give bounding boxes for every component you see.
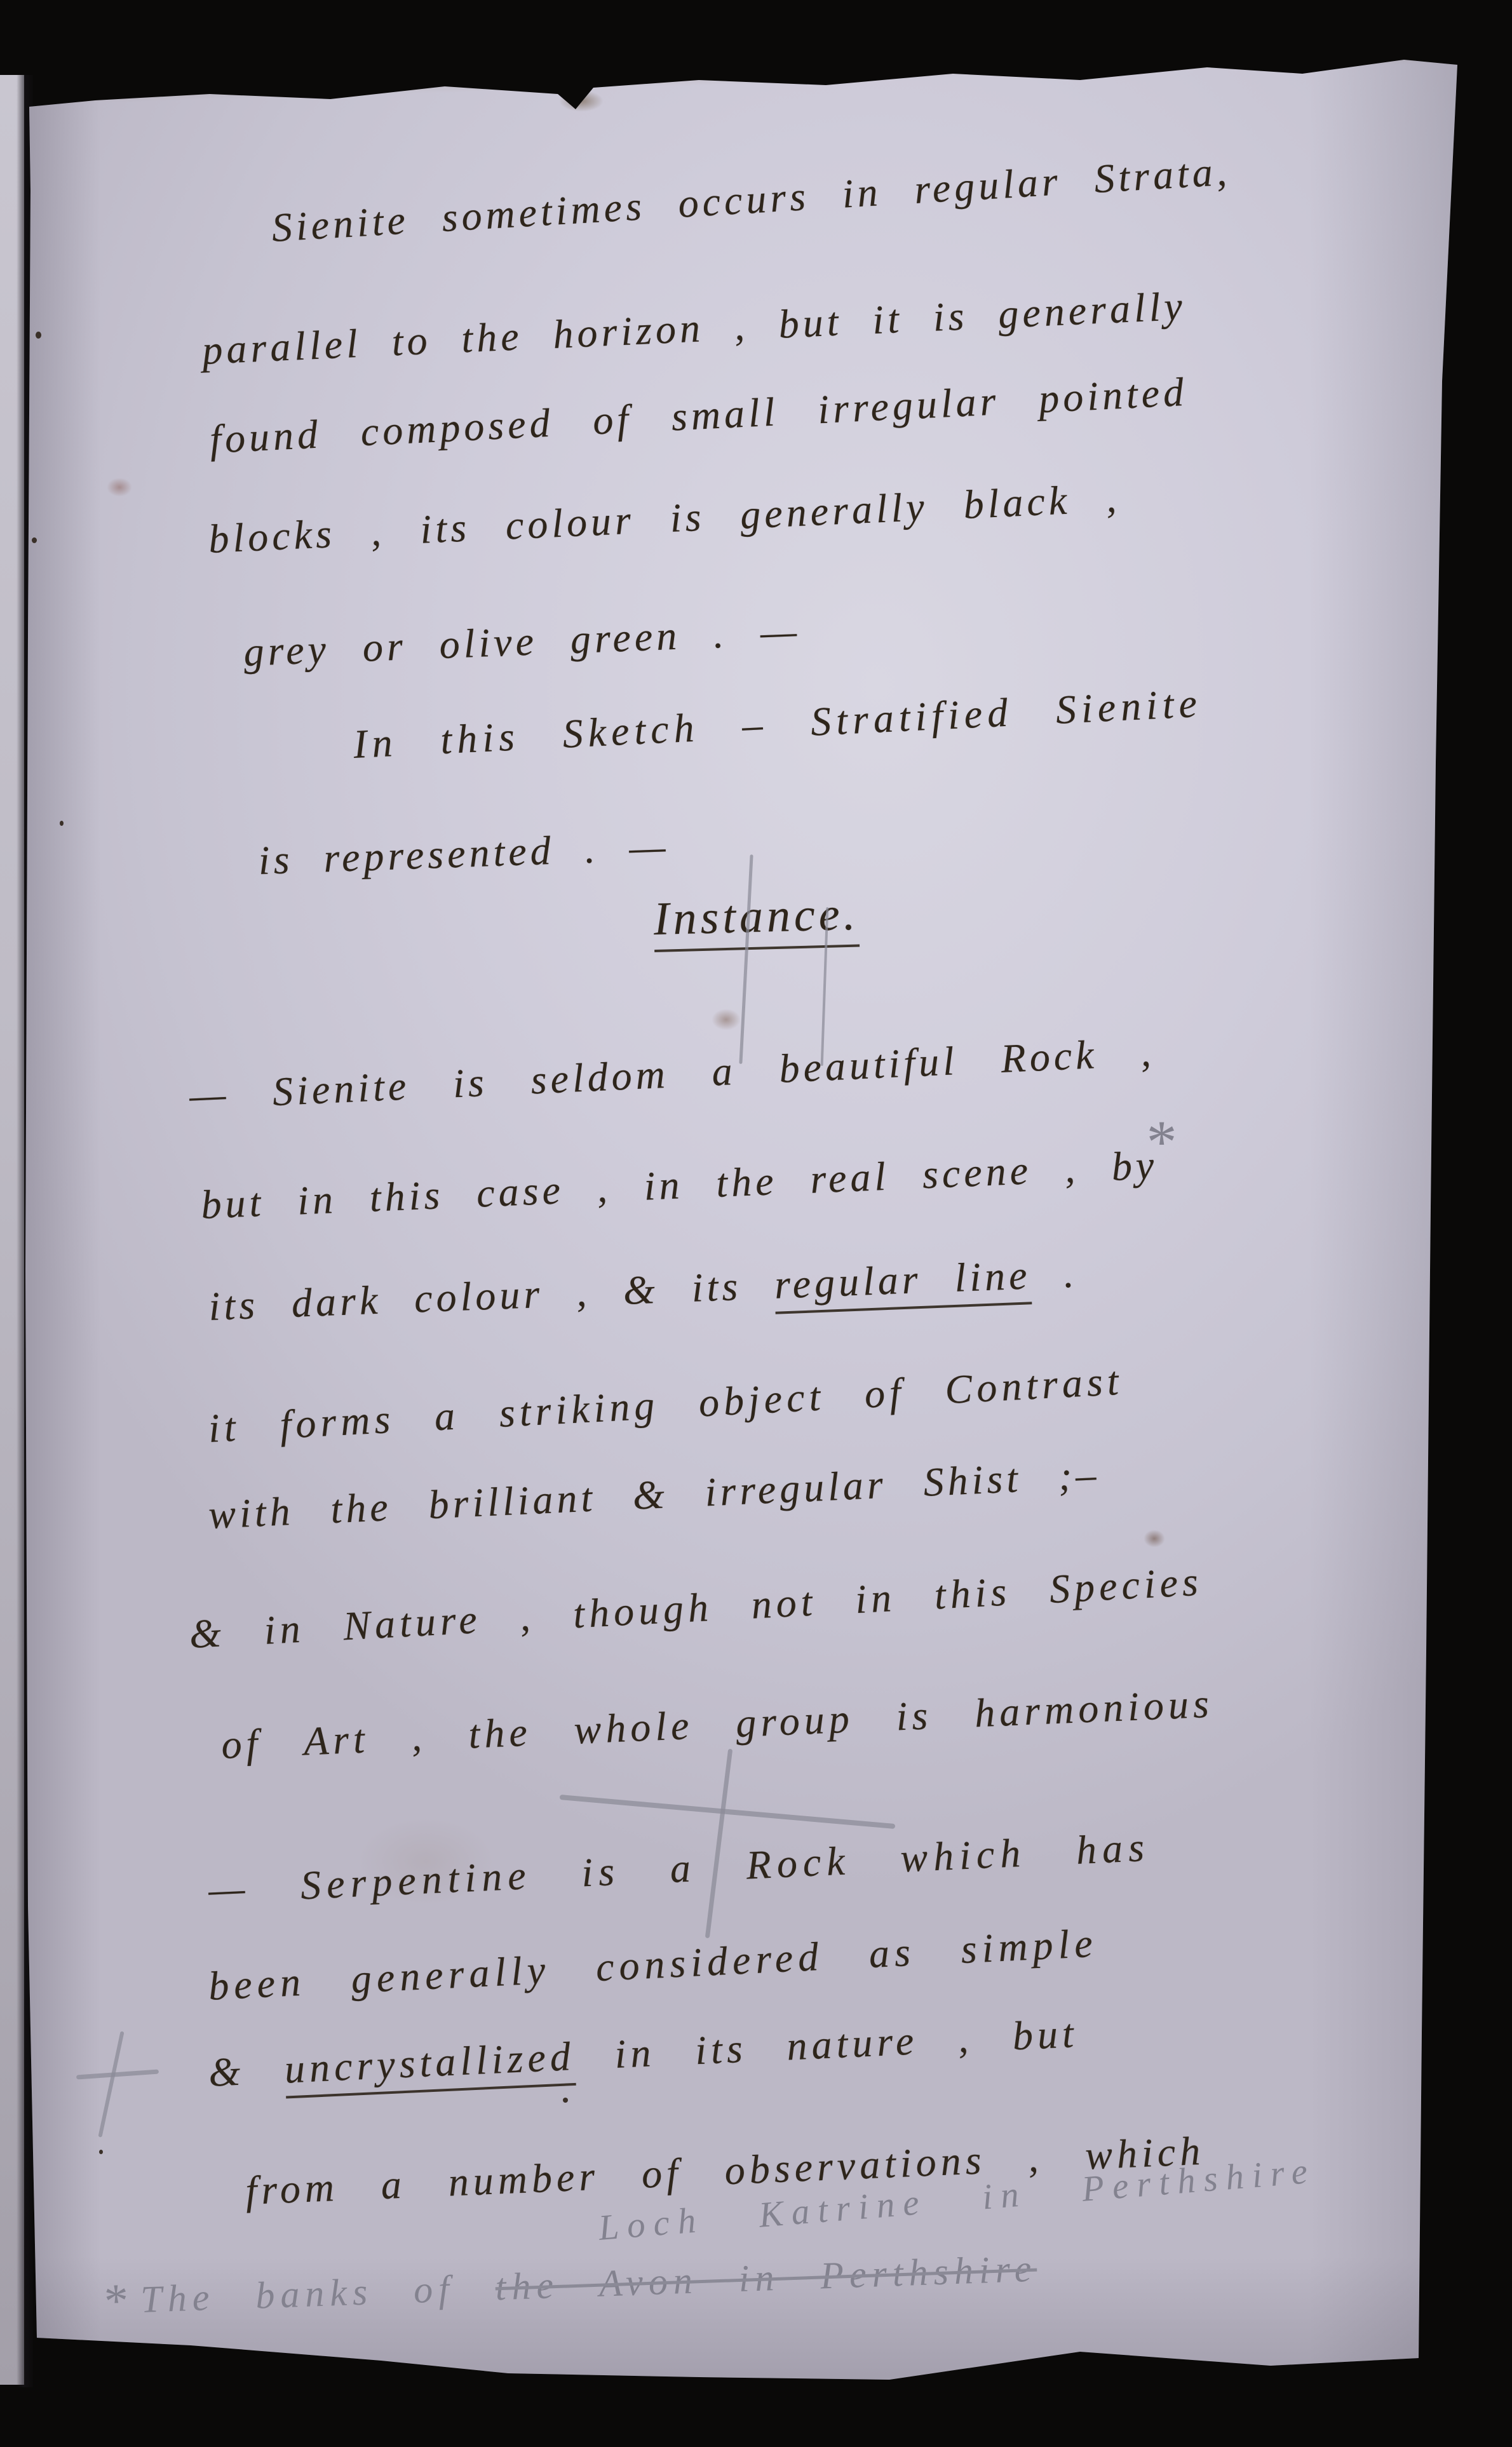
pencil-plus-mark bbox=[98, 2031, 124, 2138]
line-text: & bbox=[208, 2047, 286, 2095]
line-text: its dark colour , & its bbox=[208, 1262, 775, 1329]
paper-stain bbox=[559, 90, 604, 112]
underlined-phrase: uncrystallized bbox=[283, 2033, 576, 2099]
handwritten-line: is represented . — bbox=[257, 823, 670, 884]
ink-speck bbox=[60, 821, 64, 826]
pencil-cross-mark bbox=[560, 1795, 896, 1829]
paper-stain bbox=[1144, 1530, 1165, 1547]
handwritten-line: — Sienite is seldom a beautiful Rock , bbox=[189, 1028, 1156, 1119]
ink-speck bbox=[99, 2150, 103, 2154]
handwritten-line: & uncrystallized in its nature , but bbox=[208, 2010, 1079, 2096]
handwritten-line: grey or olive green . — bbox=[243, 607, 801, 676]
handwritten-line: been generally considered as simple bbox=[207, 1920, 1098, 2010]
line-text: in its nature , but bbox=[574, 2011, 1079, 2079]
handwritten-line: & in Nature , though not in this Species bbox=[188, 1558, 1203, 1658]
handwritten-line: it forms a striking object of Contrast bbox=[207, 1358, 1124, 1452]
underlined-phrase: regular line bbox=[774, 1252, 1032, 1314]
footnote-text: The banks of bbox=[140, 2266, 496, 2320]
page-shadow-left bbox=[24, 76, 100, 2376]
footnote-asterisk-mark: * bbox=[101, 2274, 133, 2328]
heading-underlined-text: Instance. bbox=[653, 888, 860, 952]
handwritten-line: found composed of small irregular pointe… bbox=[208, 368, 1188, 463]
handwritten-line: In this Sketch – Stratified Sienite bbox=[352, 680, 1203, 768]
handwritten-line: with the brilliant & irregular Shist ;– bbox=[208, 1451, 1101, 1539]
handwritten-line: — Serpentine is a Rock which has bbox=[208, 1824, 1151, 1913]
page-shadow-right bbox=[1309, 0, 1474, 2447]
photograph-background: Sienite sometimes occurs in regular Stra… bbox=[0, 0, 1512, 2447]
ink-speck bbox=[32, 537, 37, 543]
handwritten-line: its dark colour , & its regular line . bbox=[208, 1250, 1079, 1330]
paper-stain bbox=[712, 1009, 741, 1030]
pencil-vertical-strike bbox=[739, 854, 753, 1064]
section-heading-instance: Instance. bbox=[653, 887, 860, 947]
handwritten-line: Sienite sometimes occurs in regular Stra… bbox=[271, 148, 1232, 252]
ink-speck bbox=[36, 332, 41, 339]
handwritten-line: blocks , its colour is generally black , bbox=[208, 475, 1121, 563]
handwritten-line: of Art , the whole group is harmonious bbox=[220, 1680, 1214, 1769]
handwritten-line: parallel to the horizon , but it is gene… bbox=[201, 283, 1187, 374]
ink-speck bbox=[563, 2098, 568, 2103]
paper-stain bbox=[107, 478, 132, 497]
handwritten-line: but in this case , in the real scene , b… bbox=[200, 1142, 1159, 1229]
manuscript-page: Sienite sometimes occurs in regular Stra… bbox=[0, 0, 1512, 2447]
line-text: . bbox=[1030, 1251, 1079, 1298]
torn-top-edge bbox=[19, 18, 1468, 105]
